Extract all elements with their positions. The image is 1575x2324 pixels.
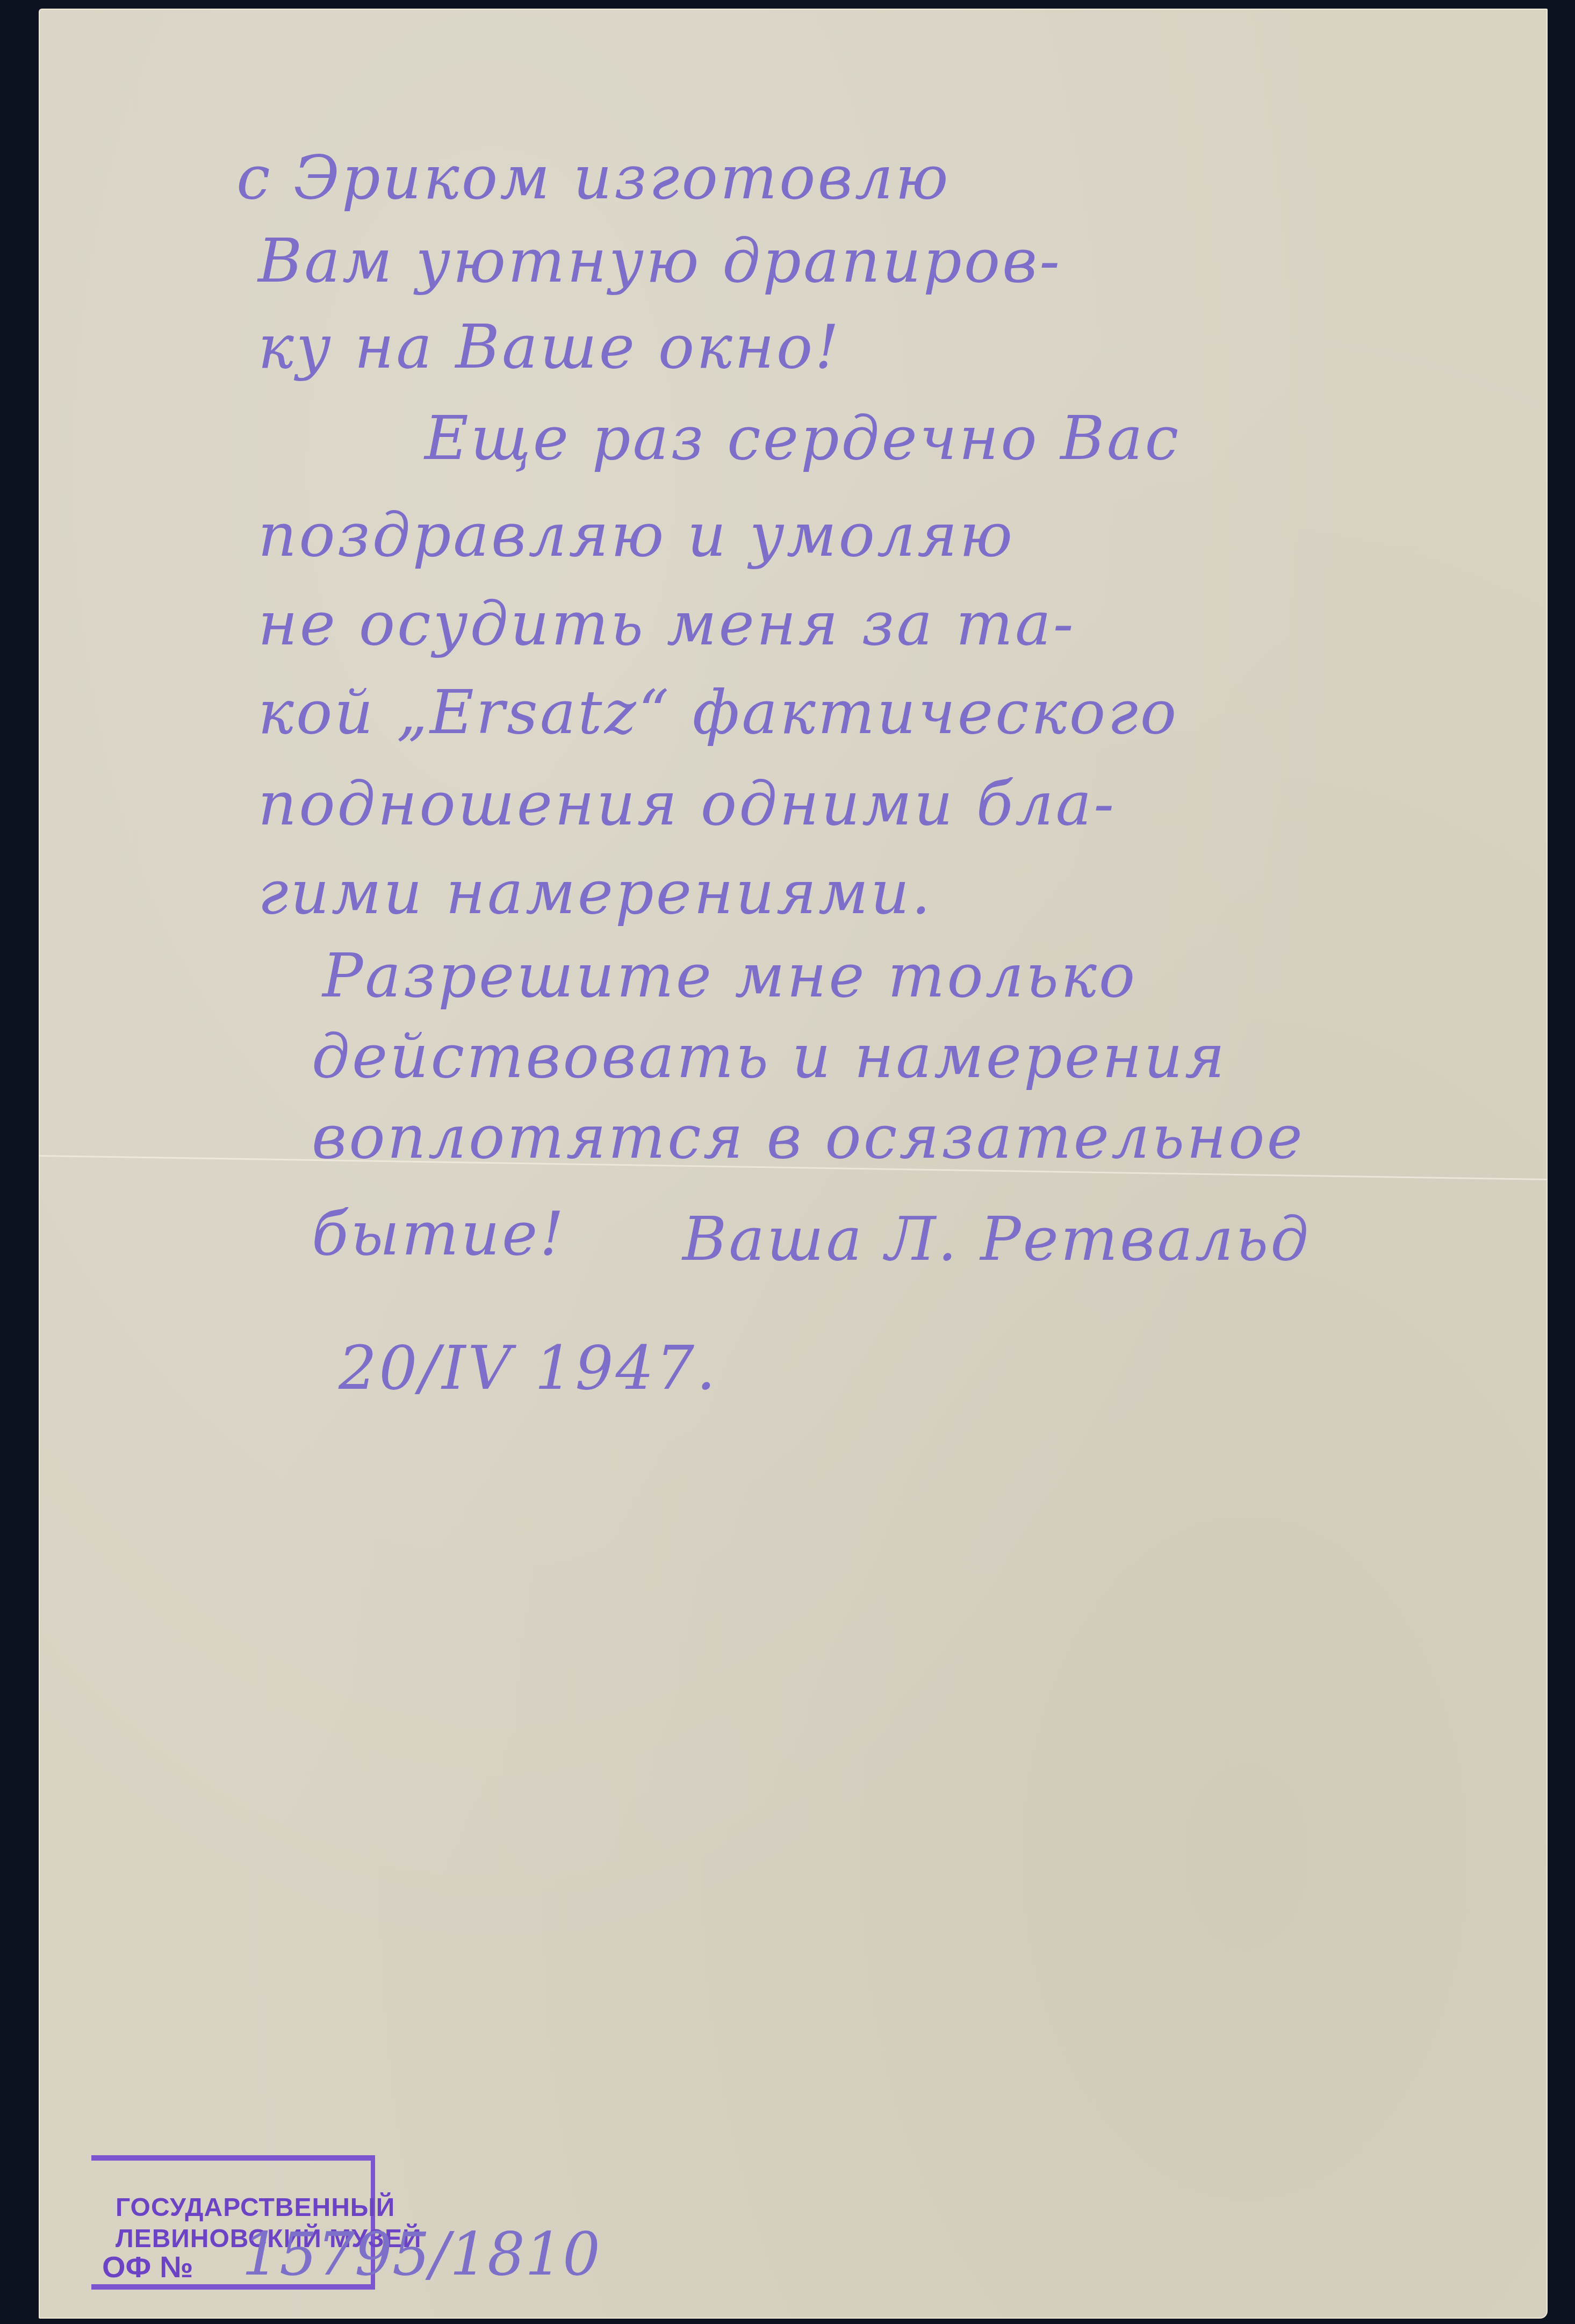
letter-line: поздравляю и умоляю [258, 505, 1015, 565]
letter-line: гими намерениями. [258, 863, 933, 923]
letter-date: 20/IV 1947. [339, 1338, 718, 1398]
letter-line: воплотятся в осязательное [312, 1107, 1305, 1167]
letter-line: подношения одними бла- [258, 774, 1116, 834]
letter-line: с Эриком изготовлю [236, 148, 951, 208]
stamp-fund-label: ОФ № [102, 2249, 193, 2284]
letter-line: ку на Ваше окно! [258, 317, 841, 377]
letter-line: не осудить меня за та- [258, 594, 1076, 654]
inventory-number: 15795/1810 [242, 2220, 600, 2289]
letter-line: Разрешите мне только [322, 946, 1137, 1006]
letter-line: действовать и намерения [312, 1027, 1227, 1087]
letter-line: бытие! [312, 1204, 566, 1264]
stamp-line-1: ГОСУДАРСТВЕННЫЙ [116, 2193, 395, 2222]
letter-line: Вам уютную драпиров- [258, 231, 1062, 291]
letter-line: Еще раз сердечно Вас [425, 408, 1181, 469]
letter-line: кой „Ersatz“ фактического [258, 683, 1178, 743]
signature: Ваша Л. Ретвальд [682, 1209, 1311, 1269]
